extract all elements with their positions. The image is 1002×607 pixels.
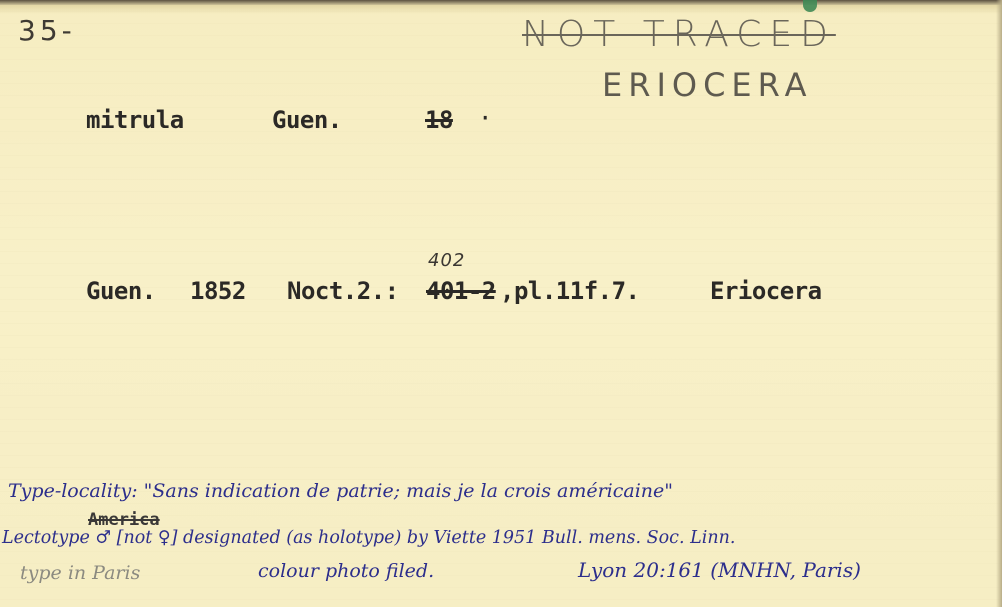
- america-struck: America: [88, 510, 160, 530]
- note-photo-filed: colour photo filed.: [258, 560, 434, 582]
- species-name: mitrula: [86, 106, 184, 134]
- genus-pencil: ERIOCERA: [602, 66, 812, 104]
- note-lectotype: Lectotype ♂ [not ♀] designated (as holot…: [2, 528, 735, 548]
- ref-plate: ,pl.11f.7.: [500, 277, 640, 305]
- index-card: 35- NOT TRACED ERIOCERA mitrula Guen. 18…: [0, 0, 1002, 607]
- note-type-locality: Type-locality: "Sans indication de patri…: [8, 480, 673, 502]
- ref-year: 1852: [190, 277, 246, 305]
- not-traced-struck: NOT TRACED: [522, 14, 836, 55]
- species-dot: ·: [478, 104, 492, 132]
- ref-work: Noct.2.:: [287, 277, 399, 305]
- card-number: 35-: [18, 14, 76, 47]
- ref-pages-struck: 401-2: [426, 277, 496, 305]
- species-number-struck: 18: [425, 106, 453, 134]
- ref-genus: Eriocera: [710, 277, 822, 305]
- pages-corrected: 402: [428, 250, 465, 271]
- note-type-in-paris: type in Paris: [20, 562, 140, 584]
- card-right-edge: [996, 0, 1002, 607]
- ref-author: Guen.: [86, 277, 156, 305]
- card-top-shadow: [0, 5, 1002, 14]
- note-lyon-ref: Lyon 20:161 (MNHN, Paris): [578, 558, 861, 582]
- species-author: Guen.: [272, 106, 342, 134]
